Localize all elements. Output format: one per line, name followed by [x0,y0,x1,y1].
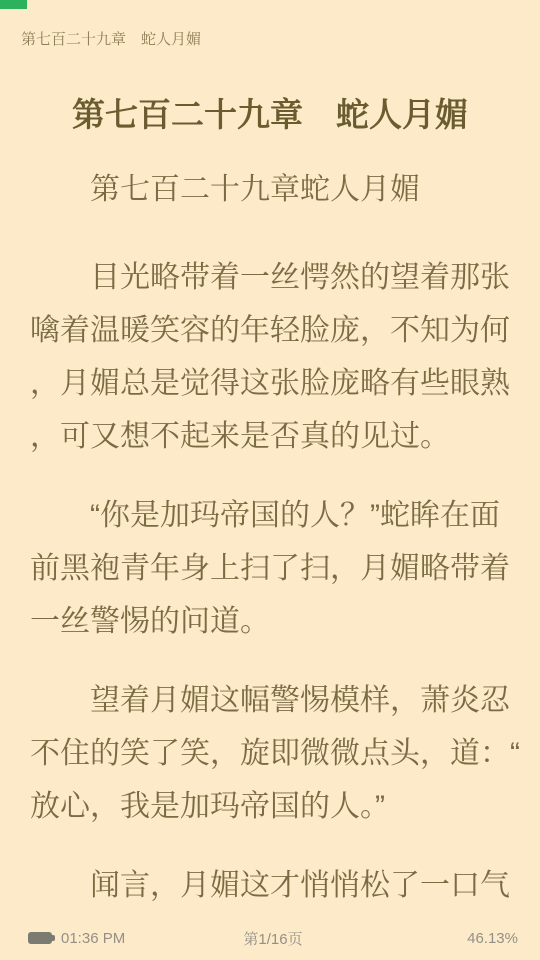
status-indicator-bar [0,0,27,9]
reader-screen: 第七百二十九章 蛇人月媚 第七百二十九章 蛇人月媚 第七百二十九章蛇人月媚目光略… [0,0,540,960]
text-line: 第七百二十九章蛇人月媚 [30,163,510,216]
paragraph: 第七百二十九章蛇人月媚 [30,163,510,216]
reader-status-bar: 01:36 PM 第1/16页 46.13% [0,922,540,960]
paragraph: 闻言，月媚这才悄悄松了一口气 [30,859,510,912]
text-line: ，月媚总是觉得这张脸庞略有些眼熟 [30,357,510,410]
page-indicator: 第1/16页 [191,928,354,949]
text-line: “你是加玛帝国的人？”蛇眸在面 [30,489,510,542]
paragraph: 目光略带着一丝愕然的望着那张噙着温暖笑容的年轻脸庞，不知为何，月媚总是觉得这张脸… [30,251,510,463]
progress-percent: 46.13% [355,930,518,947]
status-left: 01:36 PM [28,930,191,947]
text-line: ，可又想不起来是否真的见过。 [30,410,510,463]
text-line: 不住的笑了笑，旋即微微点头，道：“ [30,727,510,780]
text-line: 前黑袍青年身上扫了扫，月媚略带着 [30,542,510,595]
battery-icon [28,932,52,944]
clock-label: 01:36 PM [61,930,125,947]
text-line: 目光略带着一丝愕然的望着那张 [30,251,510,304]
page-text: 第七百二十九章蛇人月媚目光略带着一丝愕然的望着那张噙着温暖笑容的年轻脸庞，不知为… [30,163,510,912]
paragraph: “你是加玛帝国的人？”蛇眸在面前黑袍青年身上扫了扫，月媚略带着一丝警惕的问道。 [30,489,510,648]
text-line: 闻言，月媚这才悄悄松了一口气 [30,859,510,912]
page-tap-area[interactable]: 第七百二十九章 蛇人月媚 第七百二十九章蛇人月媚目光略带着一丝愕然的望着那张噙着… [0,95,540,920]
text-line: 一丝警惕的问道。 [30,595,510,648]
chapter-header: 第七百二十九章 蛇人月媚 [21,30,201,50]
text-line: 望着月媚这幅警惕模样，萧炎忍 [30,674,510,727]
text-line: 放心，我是加玛帝国的人。” [30,780,510,833]
page-title: 第七百二十九章 蛇人月媚 [30,95,510,135]
paragraph: 望着月媚这幅警惕模样，萧炎忍不住的笑了笑，旋即微微点头，道：“放心，我是加玛帝国… [30,674,510,833]
text-line: 噙着温暖笑容的年轻脸庞，不知为何 [30,304,510,357]
